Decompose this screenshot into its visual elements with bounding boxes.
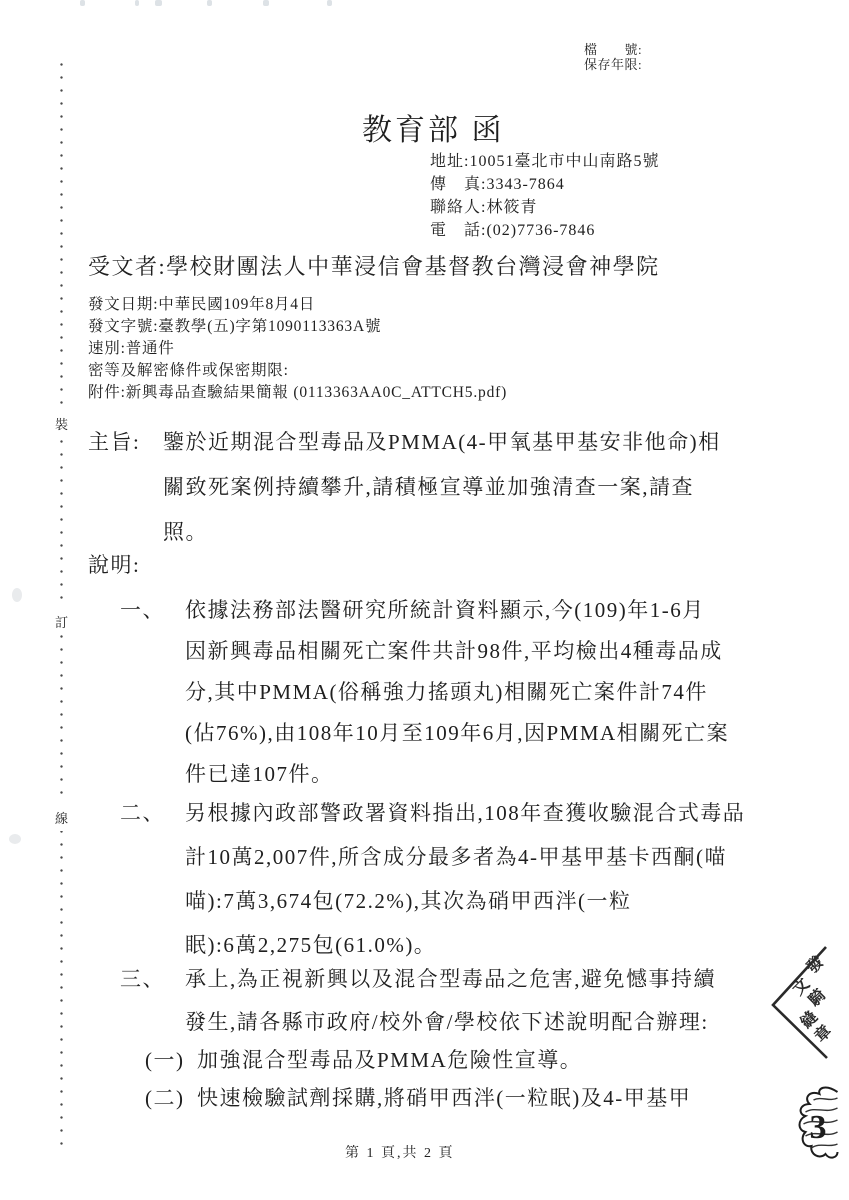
- scan-blob: [9, 834, 21, 844]
- item-lines: 另根據內政部警政署資料指出,108年查獲收驗混合式毒品計10萬2,007件,所含…: [185, 791, 745, 967]
- text-line: 計10萬2,007件,所含成分最多者為4-甲基甲基卡西酮(喵: [185, 835, 745, 879]
- explanation-subitem-1: (一) 加強混合型毒品及PMMA危險性宣導。: [145, 1040, 582, 1080]
- explanation-label: 說明:: [88, 549, 140, 579]
- subject-block: 主旨: 鑒於近期混合型毒品及PMMA(4-甲氧基甲基安非他命)相關致死案例持續攀…: [88, 420, 721, 555]
- subject-lines: 鑒於近期混合型毒品及PMMA(4-甲氧基甲基安非他命)相關致死案例持續攀升,請積…: [163, 420, 721, 555]
- page-curl-stamp: 3: [786, 1086, 849, 1166]
- binding-label-ding: 訂: [53, 608, 70, 635]
- text-line: 件已達107件。: [185, 754, 729, 795]
- text-line: 發生,請各縣市政府/校外會/學校依下述說明配合辦理:: [185, 1001, 716, 1044]
- text-line: 喵):7萬3,674包(72.2%),其次為硝甲西泮(一粒: [185, 879, 745, 923]
- file-header: 檔 號: 保存年限:: [584, 42, 642, 72]
- text-line: 承上,為正視新興以及混合型毒品之危害,避免憾事持續: [185, 958, 716, 1001]
- curl-number: 3: [810, 1109, 827, 1146]
- subitem-lines: 加強混合型毒品及PMMA危險性宣導。: [197, 1040, 582, 1080]
- text-line: 依據法務部法醫研究所統計資料顯示,今(109)年1-6月: [185, 590, 729, 631]
- subitem-marker: (一): [145, 1040, 185, 1080]
- binding-label-zhuang: 裝: [53, 410, 70, 437]
- text-line: 另根據內政部警政署資料指出,108年查獲收驗混合式毒品: [185, 791, 745, 835]
- contact-person: 聯絡人:林筱青: [430, 196, 659, 219]
- text-line: (佔76%),由108年10月至109年6月,因PMMA相關死亡案: [185, 713, 729, 754]
- explanation-item-2: 二、 另根據內政部警政署資料指出,108年查獲收驗混合式毒品計10萬2,007件…: [120, 791, 745, 967]
- meta-line: 密等及解密條件或保密期限:: [88, 360, 507, 382]
- scan-smudge: [155, 0, 162, 6]
- text-line: 加強混合型毒品及PMMA危險性宣導。: [197, 1040, 582, 1080]
- subject-line: 鑒於近期混合型毒品及PMMA(4-甲氧基甲基安非他命)相: [163, 420, 721, 465]
- scan-smudge: [207, 0, 212, 6]
- contact-fax: 傳 真:3343-7864: [430, 173, 659, 196]
- seam-stamp-char: 發: [802, 952, 827, 977]
- scan-smudge: [327, 0, 332, 6]
- scan-smudge: [80, 0, 85, 6]
- subject-label: 主旨:: [88, 420, 140, 465]
- meta-line: 發文字號:臺教學(五)字第1090113363A號: [88, 316, 507, 338]
- text-line: 因新興毒品相關死亡案件共計98件,平均檢出4種毒品成: [185, 631, 729, 672]
- subject-line: 關致死案例持續攀升,請積極宣導並加強清查一案,請查: [163, 465, 721, 510]
- scan-blob: [12, 588, 22, 602]
- item-marker: 二、: [120, 791, 165, 835]
- recipient-line: 受文者:學校財團法人中華浸信會基督教台灣浸會神學院: [88, 250, 660, 281]
- file-no-label: 檔 號:: [584, 42, 642, 57]
- item-marker: 三、: [120, 958, 165, 1001]
- scan-smudge: [263, 0, 269, 6]
- explanation-item-3: 三、 承上,為正視新興以及混合型毒品之危害,避免憾事持續發生,請各縣市政府/校外…: [120, 958, 716, 1044]
- retention-label: 保存年限:: [584, 57, 642, 72]
- contact-address: 地址:10051臺北市中山南路5號: [430, 150, 659, 173]
- seam-stamp: 發 文 騎 縫 章: [769, 925, 849, 1080]
- scan-smudge: [135, 0, 139, 6]
- meta-line: 發文日期:中華民國109年8月4日: [88, 294, 507, 316]
- text-line: 快速檢驗試劑採購,將硝甲西泮(一粒眠)及4-甲基甲: [197, 1078, 691, 1118]
- item-lines: 依據法務部法醫研究所統計資料顯示,今(109)年1-6月因新興毒品相關死亡案件共…: [185, 590, 729, 795]
- subject-line: 照。: [163, 510, 721, 555]
- subitem-lines: 快速檢驗試劑採購,將硝甲西泮(一粒眠)及4-甲基甲: [197, 1078, 691, 1118]
- document-title: 教育部 函: [362, 105, 505, 149]
- document-page: 裝 訂 線 檔 號: 保存年限: 教育部 函 地址:10051臺北市中山南路5號…: [0, 0, 849, 1200]
- meta-line: 附件:新興毒品查驗結果簡報 (0113363AA0C_ATTCH5.pdf): [88, 382, 507, 404]
- meta-block: 發文日期:中華民國109年8月4日發文字號:臺教學(五)字第1090113363…: [88, 294, 507, 404]
- text-line: 分,其中PMMA(俗稱強力搖頭丸)相關死亡案件計74件: [185, 672, 729, 713]
- binding-label-xian: 線: [53, 804, 70, 831]
- item-marker: 一、: [120, 590, 165, 631]
- item-lines: 承上,為正視新興以及混合型毒品之危害,避免憾事持續發生,請各縣市政府/校外會/學…: [185, 958, 716, 1044]
- contact-phone: 電 話:(02)7736-7846: [430, 219, 659, 242]
- explanation-subitem-2: (二) 快速檢驗試劑採購,將硝甲西泮(一粒眠)及4-甲基甲: [145, 1078, 691, 1118]
- page-number-footer: 第 1 頁,共 2 頁: [345, 1142, 455, 1162]
- subitem-marker: (二): [145, 1078, 185, 1118]
- explanation-item-1: 一、 依據法務部法醫研究所統計資料顯示,今(109)年1-6月因新興毒品相關死亡…: [120, 590, 729, 795]
- contact-block: 地址:10051臺北市中山南路5號 傳 真:3343-7864 聯絡人:林筱青 …: [430, 150, 659, 242]
- meta-line: 速別:普通件: [88, 338, 507, 360]
- binding-dotted-line: [60, 58, 63, 1148]
